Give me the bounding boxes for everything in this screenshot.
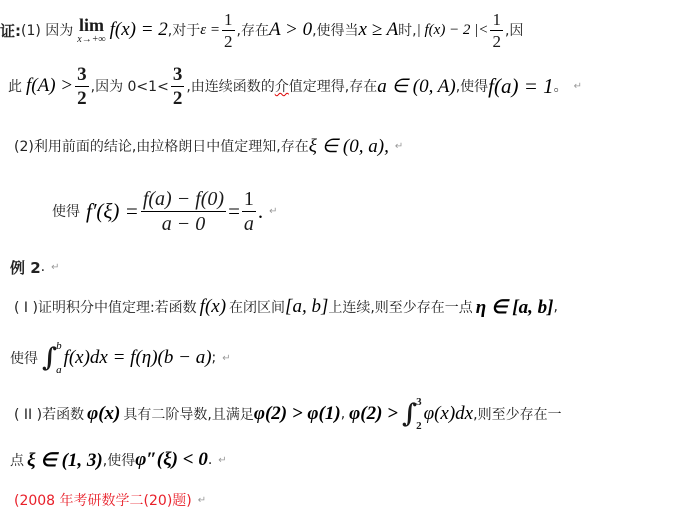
lim-word: lim bbox=[79, 16, 104, 34]
math-expr: A > 0 bbox=[269, 19, 312, 41]
lower-limit: a bbox=[56, 364, 62, 376]
paragraph-mark-icon: ↵ bbox=[198, 495, 206, 506]
math-expr: φ(2) > bbox=[349, 403, 398, 425]
upper-limit: b bbox=[56, 340, 62, 352]
math-expr: φ(2) > φ(1) bbox=[254, 403, 341, 425]
text: 时, bbox=[398, 20, 416, 40]
text: , bbox=[341, 406, 345, 422]
proof-label: 证: bbox=[0, 20, 21, 41]
denominator: a bbox=[242, 212, 256, 234]
text: ,则至少存在一 bbox=[473, 404, 561, 424]
math-expr: f(x)dx = f(η)(b − a) bbox=[64, 347, 212, 369]
math-expr: η ∈ [a, b] bbox=[476, 296, 554, 319]
limit-expression: lim x→+∞ bbox=[77, 16, 105, 45]
math-expr: a ∈ (0, A) bbox=[377, 75, 455, 98]
math-expr: f(a) = 1 bbox=[488, 74, 554, 99]
paragraph-mark-icon: ↵ bbox=[395, 141, 403, 152]
spellcheck-underlined-text: 介 bbox=[275, 76, 289, 96]
text: ; bbox=[212, 350, 217, 366]
math-expr: [a, b] bbox=[285, 296, 328, 318]
proof-part2-line1: (2)利用前面的结论,由拉格朗日中值定理知,存在 ξ ∈ (0, a), ↵ bbox=[0, 132, 403, 160]
numerator: 1 bbox=[490, 11, 503, 31]
example-part1-line2: 使得 ∫ b a f(x)dx = f(η)(b − a) ; ↵ bbox=[0, 336, 231, 380]
fraction-one-half: 1 2 bbox=[222, 11, 235, 50]
text: ,存在 bbox=[237, 20, 269, 40]
definite-integral: ∫ b a bbox=[42, 340, 62, 376]
text: (2)利用前面的结论,由拉格朗日中值定理知,存在 bbox=[14, 136, 309, 156]
example-part2-line1: ( II )若函数 φ(x) 具有二阶导数,且满足 φ(2) > φ(1) , … bbox=[0, 392, 562, 436]
source-citation: (2008 年考研数学二(20)题) bbox=[14, 490, 192, 510]
difference-quotient-fraction: f(a) − f(0) a − 0 bbox=[141, 189, 226, 234]
epsilon-expr: ε = bbox=[200, 22, 220, 39]
text: ,因 bbox=[505, 20, 523, 40]
paragraph-mark-icon: ↵ bbox=[269, 206, 277, 217]
text: , bbox=[553, 299, 557, 315]
numerator: 3 bbox=[171, 65, 185, 87]
math-expr: ξ ∈ (0, a), bbox=[309, 135, 389, 158]
denominator: 2 bbox=[75, 87, 89, 108]
text: 使得 bbox=[10, 348, 38, 368]
numerator: 1 bbox=[242, 189, 256, 212]
text: ,因为 0<1< bbox=[91, 76, 169, 96]
example-title: 例 2 . ↵ bbox=[0, 256, 60, 278]
example-heading: 例 2 bbox=[10, 257, 41, 278]
lower-limit: 2 bbox=[416, 420, 422, 432]
math-expr: x ≥ A bbox=[359, 19, 399, 41]
text: 在闭区间 bbox=[229, 297, 285, 317]
text: ( I )证明积分中值定理:若函数 bbox=[14, 297, 197, 317]
numerator: f(a) − f(0) bbox=[141, 189, 226, 212]
example-part1-line1: ( I )证明积分中值定理:若函数 f(x) 在闭区间 [a, b] 上连续,则… bbox=[0, 292, 558, 322]
denominator: 2 bbox=[171, 87, 185, 108]
integral-sign-icon: ∫ bbox=[402, 401, 417, 427]
text: ,使得当 bbox=[312, 20, 358, 40]
text: 值定理得,存在 bbox=[289, 76, 377, 96]
equals-sign: = bbox=[228, 199, 240, 224]
text: (1) 因为 bbox=[21, 20, 73, 40]
paragraph-mark-icon: ↵ bbox=[574, 81, 582, 92]
text: 上连续,则至少存在一点 bbox=[328, 297, 472, 317]
math-expr: f(x) bbox=[200, 296, 226, 318]
fraction-three-halves: 3 2 bbox=[171, 65, 185, 108]
example-part2-line2: 点 ξ ∈ (1, 3) ,使得 φ″(ξ) < 0 . ↵ bbox=[0, 446, 227, 474]
math-expr: f(x) = 2 bbox=[110, 19, 168, 41]
lim-subscript: x→+∞ bbox=[77, 35, 105, 45]
integral-limits: b a bbox=[56, 340, 62, 376]
fraction-one-over-a: 1 a bbox=[242, 189, 256, 234]
numerator: 1 bbox=[222, 11, 235, 31]
text: ,对于 bbox=[168, 20, 200, 40]
integral-sign-icon: ∫ bbox=[42, 345, 57, 371]
text: 。 bbox=[554, 76, 568, 96]
upper-limit: 3 bbox=[416, 396, 422, 408]
denominator: 2 bbox=[222, 31, 235, 50]
paragraph-mark-icon: ↵ bbox=[51, 262, 59, 273]
paragraph-mark-icon: ↵ bbox=[222, 353, 230, 364]
fraction-one-half: 1 2 bbox=[490, 11, 503, 50]
math-expr: f(A) > bbox=[26, 75, 73, 97]
text: ,使得 bbox=[103, 450, 135, 470]
text: ,使得 bbox=[456, 76, 488, 96]
integral-limits: 3 2 bbox=[416, 396, 422, 432]
period: . bbox=[258, 199, 263, 224]
math-expr: φ″(ξ) < 0 bbox=[135, 449, 208, 471]
problem-source: (2008 年考研数学二(20)题) ↵ bbox=[0, 489, 206, 511]
math-expr: f′(ξ) = bbox=[86, 199, 139, 224]
text: ,由连续函数的 bbox=[186, 76, 274, 96]
text: ( II )若函数 bbox=[14, 404, 84, 424]
text: 具有二阶导数,且满足 bbox=[123, 404, 253, 424]
math-expr: ξ ∈ (1, 3) bbox=[27, 449, 103, 472]
text: 点 bbox=[10, 450, 24, 470]
text: 使得 bbox=[52, 201, 80, 221]
denominator: 2 bbox=[490, 31, 503, 50]
math-expr: φ(x) bbox=[87, 403, 120, 425]
text: . bbox=[41, 259, 45, 275]
fraction-three-halves: 3 2 bbox=[75, 65, 89, 108]
abs-expr: | f(x) − 2 |< bbox=[417, 22, 489, 39]
denominator: a − 0 bbox=[160, 212, 208, 234]
paragraph-mark-icon: ↵ bbox=[218, 455, 226, 466]
math-expr: φ(x)dx bbox=[424, 403, 474, 425]
definite-integral: ∫ 3 2 bbox=[402, 396, 422, 432]
text: 此 bbox=[8, 76, 22, 96]
proof-part2-line2: 使得 f′(ξ) = f(a) − f(0) a − 0 = 1 a . ↵ bbox=[0, 183, 278, 239]
proof-part1-line1: 证: (1) 因为 lim x→+∞ f(x) = 2 ,对于 ε = 1 2 … bbox=[0, 8, 523, 52]
text: . bbox=[208, 452, 212, 468]
proof-part1-line2: 此 f(A) > 3 2 ,因为 0<1< 3 2 ,由连续函数的 介 值定理得… bbox=[0, 60, 582, 112]
numerator: 3 bbox=[75, 65, 89, 87]
